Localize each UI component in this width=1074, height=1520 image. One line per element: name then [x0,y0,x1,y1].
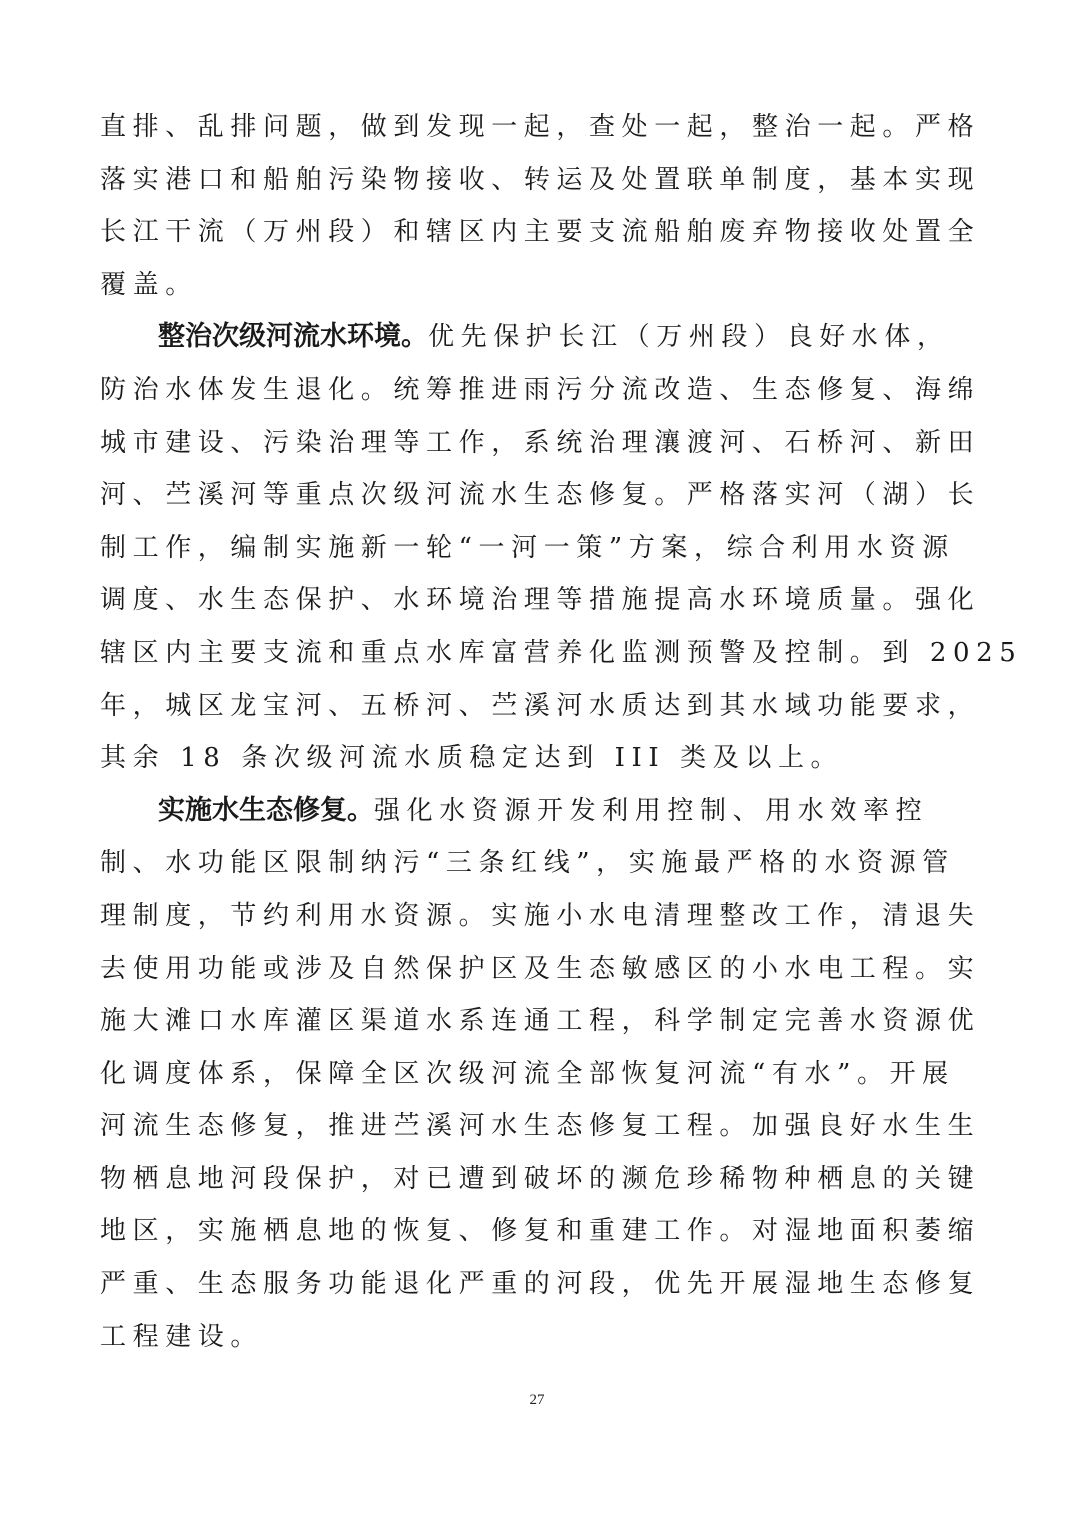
text-line: 物栖息地河段保护，对已遭到破坏的濒危珍稀物种栖息的关键 [100,1156,918,1209]
text-line: 河流生态修复，推进苎溪河水生态修复工程。加强良好水生生 [100,1103,918,1156]
text-line-with-heading: 实施水生态修复。 强化水资源开发利用控制、用水效率控 [100,788,918,841]
paragraph-3: 实施水生态修复。 强化水资源开发利用控制、用水效率控 制、水功能区限制纳污“三条… [100,788,918,1367]
text-line-with-heading: 整治次级河流水环境。 优先保护长江（万州段）良好水体， [100,314,918,367]
text-line: 覆盖。 [100,262,918,315]
text-line: 长江干流（万州段）和辖区内主要支流船舶废弃物接收处置全 [100,209,918,262]
text-line: 辖区内主要支流和重点水库富营养化监测预警及控制。到 2025 [100,630,918,683]
text-line: 城市建设、污染治理等工作，系统治理瀼渡河、石桥河、新田 [100,420,918,473]
text-line: 防治水体发生退化。统筹推进雨污分流改造、生态修复、海绵 [100,367,918,420]
text-line: 其余 18 条次级河流水质稳定达到 III 类及以上。 [100,735,918,788]
text-line: 地区，实施栖息地的恢复、修复和重建工作。对湿地面积萎缩 [100,1208,918,1261]
text-line: 去使用功能或涉及自然保护区及生态敏感区的小水电工程。实 [100,946,918,999]
text-line: 制工作，编制实施新一轮“一河一策”方案，综合利用水资源 [100,525,918,578]
paragraph-2: 整治次级河流水环境。 优先保护长江（万州段）良好水体， 防治水体发生退化。统筹推… [100,314,918,787]
text-line: 工程建设。 [100,1314,918,1367]
page-number: 27 [0,1392,1074,1409]
text-line: 化调度体系，保障全区次级河流全部恢复河流“有水”。开展 [100,1051,918,1104]
text-line: 严重、生态服务功能退化严重的河段，优先开展湿地生态修复 [100,1261,918,1314]
text-line: 理制度，节约利用水资源。实施小水电清理整改工作，清退失 [100,893,918,946]
text-line: 制、水功能区限制纳污“三条红线”，实施最严格的水资源管 [100,840,918,893]
text-line: 优先保护长江（万州段）良好水体， [428,314,950,367]
paragraph-heading: 实施水生态修复。 [158,788,374,841]
document-body: 直排、乱排问题，做到发现一起，查处一起，整治一起。严格 落实港口和船舶污染物接收… [100,104,918,1366]
text-line: 施大滩口水库灌区渠道水系连通工程，科学制定完善水资源优 [100,998,918,1051]
text-line: 调度、水生态保护、水环境治理等措施提高水环境质量。强化 [100,577,918,630]
paragraph-1: 直排、乱排问题，做到发现一起，查处一起，整治一起。严格 落实港口和船舶污染物接收… [100,104,918,314]
paragraph-heading: 整治次级河流水环境。 [158,314,428,367]
text-line: 河、苎溪河等重点次级河流水生态修复。严格落实河（湖）长 [100,472,918,525]
text-line: 年，城区龙宝河、五桥河、苎溪河水质达到其水域功能要求， [100,683,918,736]
text-line: 直排、乱排问题，做到发现一起，查处一起，整治一起。严格 [100,104,918,157]
text-line: 落实港口和船舶污染物接收、转运及处置联单制度，基本实现 [100,157,918,210]
text-line: 强化水资源开发利用控制、用水效率控 [374,788,928,841]
